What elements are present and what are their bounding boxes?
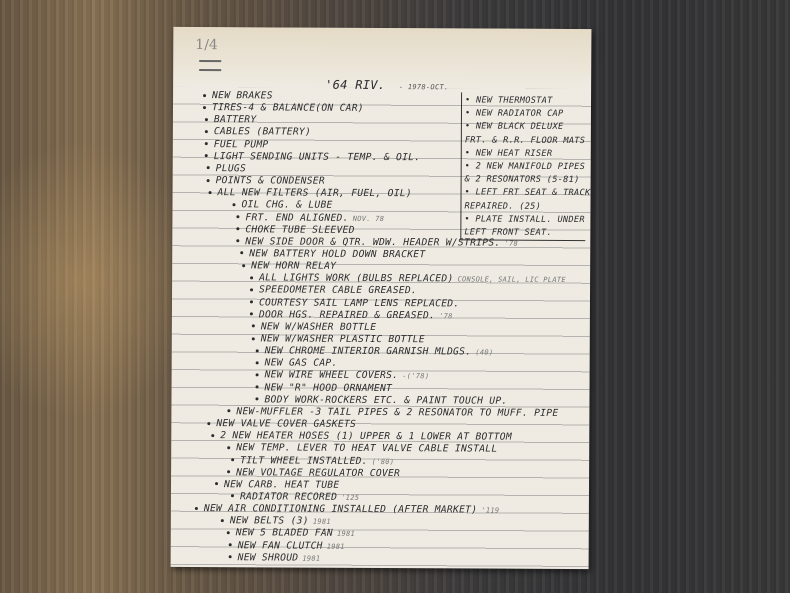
bullet-icon <box>211 434 214 437</box>
item-note: CONSOLE, SAIL, LIC PLATE <box>458 276 566 285</box>
list-item: NEW SHROUD1981 <box>229 549 321 566</box>
bullet-icon <box>215 482 218 485</box>
bullet-icon <box>231 495 234 498</box>
item-note: (40) <box>475 349 493 357</box>
bullet-icon <box>256 385 259 388</box>
bullet-icon <box>232 203 235 206</box>
corner-page-mark: 1/4 <box>195 37 218 53</box>
bullet-icon <box>252 325 255 328</box>
bullet-icon <box>242 264 245 267</box>
bullet-icon <box>229 555 232 558</box>
item-text: NEW SHROUD <box>238 552 299 563</box>
handwritten-document: 1/4 '64 RIV. - 1978-OCT. NEW BRAKESTIRES… <box>171 27 592 569</box>
lighting-glow <box>0 140 200 420</box>
bullet-icon <box>250 276 253 279</box>
bullet-icon <box>227 470 230 473</box>
bullet-icon <box>250 288 253 291</box>
item-note: '119 <box>481 507 499 515</box>
paper-edge <box>589 35 592 565</box>
corner-underline-1 <box>199 60 221 62</box>
bullet-icon <box>227 531 230 534</box>
bullet-icon <box>209 191 212 194</box>
bullet-icon <box>240 252 243 255</box>
bullet-icon <box>231 458 234 461</box>
item-note: 1981 <box>302 554 320 562</box>
bullet-icon <box>256 373 259 376</box>
bullet-icon <box>207 166 210 169</box>
bullet-icon <box>236 240 239 243</box>
bullet-icon <box>203 94 206 97</box>
bullet-icon <box>236 215 239 218</box>
corner-underline-2 <box>199 69 221 71</box>
bullet-icon <box>227 446 230 449</box>
bullet-icon <box>250 300 253 303</box>
bullet-icon <box>227 410 230 413</box>
side-list-item: LEFT FRONT SEAT. <box>464 224 552 241</box>
bullet-icon <box>205 118 208 121</box>
bullet-icon <box>207 422 210 425</box>
title-date: - 1978-OCT. <box>399 83 449 91</box>
item-note: -('78) <box>402 373 429 381</box>
bullet-icon <box>195 507 198 510</box>
bullet-icon <box>255 398 258 401</box>
bullet-icon <box>221 519 224 522</box>
bullet-icon <box>229 543 232 546</box>
bullet-icon <box>205 130 208 133</box>
title-text: '64 RIV. <box>325 78 385 92</box>
bullet-icon <box>236 227 239 230</box>
side-maintenance-box: • NEW THERMOSTAT• NEW RADIATOR CAP• NEW … <box>460 92 586 241</box>
bullet-icon <box>250 313 253 316</box>
bullet-icon <box>256 349 259 352</box>
bullet-icon <box>205 142 208 145</box>
bullet-icon <box>203 106 206 109</box>
bullet-icon <box>252 337 255 340</box>
item-note: 1981 <box>327 542 345 550</box>
bullet-icon <box>205 154 208 157</box>
bullet-icon <box>207 179 210 182</box>
document-title: '64 RIV. - 1978-OCT. <box>325 78 448 93</box>
item-note: '78 <box>439 312 453 320</box>
bullet-icon <box>256 361 259 364</box>
